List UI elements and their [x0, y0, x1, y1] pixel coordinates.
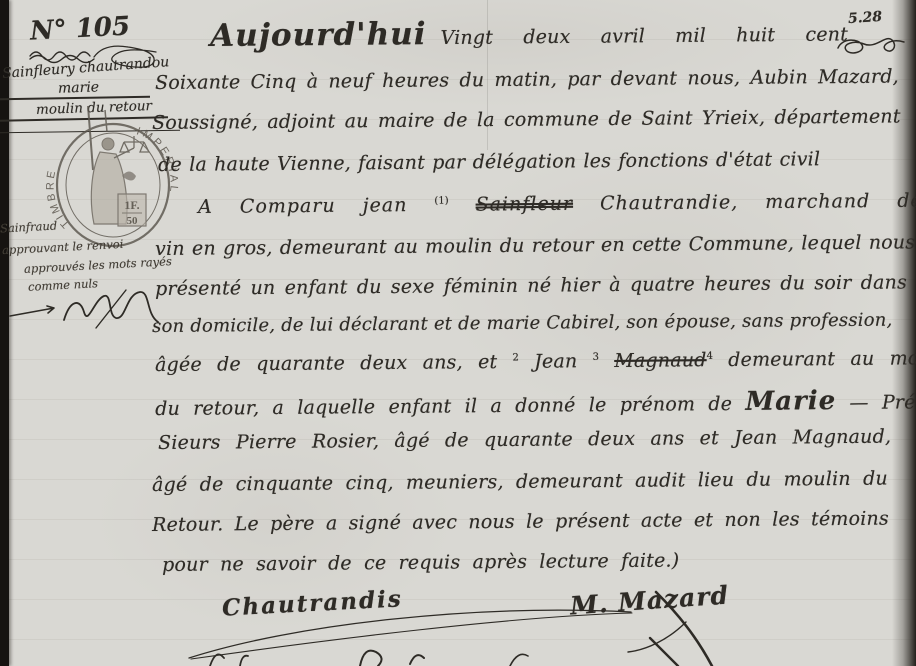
child-forename: Marie [745, 386, 836, 417]
act-line-2: Soixante Cinq à neuf heures du matin, pa… [155, 66, 899, 94]
act-line-1: Aujourd'huiVingt deux avril mil huit cen… [210, 12, 848, 54]
act-line-9: âgée de quarante deux ans, et 2 Jean 3 M… [155, 347, 916, 376]
act-line-14: pour ne savoir de ce requis après lectur… [162, 549, 679, 576]
next-entry-partial-strokes [90, 636, 790, 666]
act-line-9-jean: Jean [534, 350, 577, 372]
stamp-value-plate: 1F. 50 [118, 194, 146, 227]
margin-note-line-1: Sainfraud [0, 219, 58, 236]
margin-note-line-3: approuvés les mots rayés [24, 254, 172, 276]
folio-note: 5.28 [847, 9, 882, 27]
stamp-value-centimes: 50 [127, 215, 139, 227]
act-line-4: de la haute Vienne, faisant par délégati… [158, 148, 820, 176]
act-line-9-suffix: demeurant au moulin [728, 347, 916, 371]
stamp-value-francs: 1F. [124, 198, 139, 212]
struck-word-magnaud: Magnaud [614, 349, 707, 372]
struck-word-sainfleur: Sainfleur [476, 193, 574, 216]
act-line-3: Soussigné, adjoint au maire de la commun… [152, 105, 901, 134]
act-line-10-suffix: Présents [882, 391, 916, 414]
act-line-10-prefix: du retour, a laquelle enfant il a donné … [155, 393, 732, 420]
margin-name-line2: marie [58, 79, 100, 96]
act-line-11: Sieurs Pierre Rosier, âgé de quarante de… [158, 426, 891, 454]
stamp-figure-head [102, 138, 114, 150]
act-line-6: vin en gros, demeurant au moulin du reto… [155, 231, 916, 260]
renvoi-mark-2: 2 [512, 352, 518, 363]
act-line-7: présenté un enfant du sexe féminin né hi… [155, 271, 907, 300]
act-line-5: A Comparu jean (1) Sainfleur Chautrandie… [198, 190, 916, 218]
act-line-10: du retour, a laquelle enfant il a donné … [155, 385, 916, 422]
act-line-8: son domicile, de lui déclarant et de mar… [152, 310, 893, 337]
act-line-1-date: Vingt deux avril mil huit cent [440, 23, 848, 49]
renvoi-mark-1: (1) [434, 195, 448, 206]
renvoi-mark-4: 4 [707, 351, 713, 362]
renvoi-mark-3: 3 [593, 352, 599, 363]
act-line-9-prefix: âgée de quarante deux ans, et [155, 351, 497, 376]
act-line-5-prefix: A Comparu jean [198, 194, 407, 218]
filler-dash: — [849, 392, 868, 414]
act-line-5-suffix: Chautrandie, marchand de [600, 190, 916, 215]
act-line-1-opening-word: Aujourd'hui [210, 16, 427, 54]
scan-gutter-right [892, 0, 916, 666]
act-line-13: Retour. Le père a signé avec nous le pré… [152, 508, 889, 536]
act-line-12: âgé de cinquante cinq, meuniers, demeura… [152, 468, 888, 496]
document-page: N° 105 Sainfleury chautrandou marie moul… [0, 0, 916, 666]
